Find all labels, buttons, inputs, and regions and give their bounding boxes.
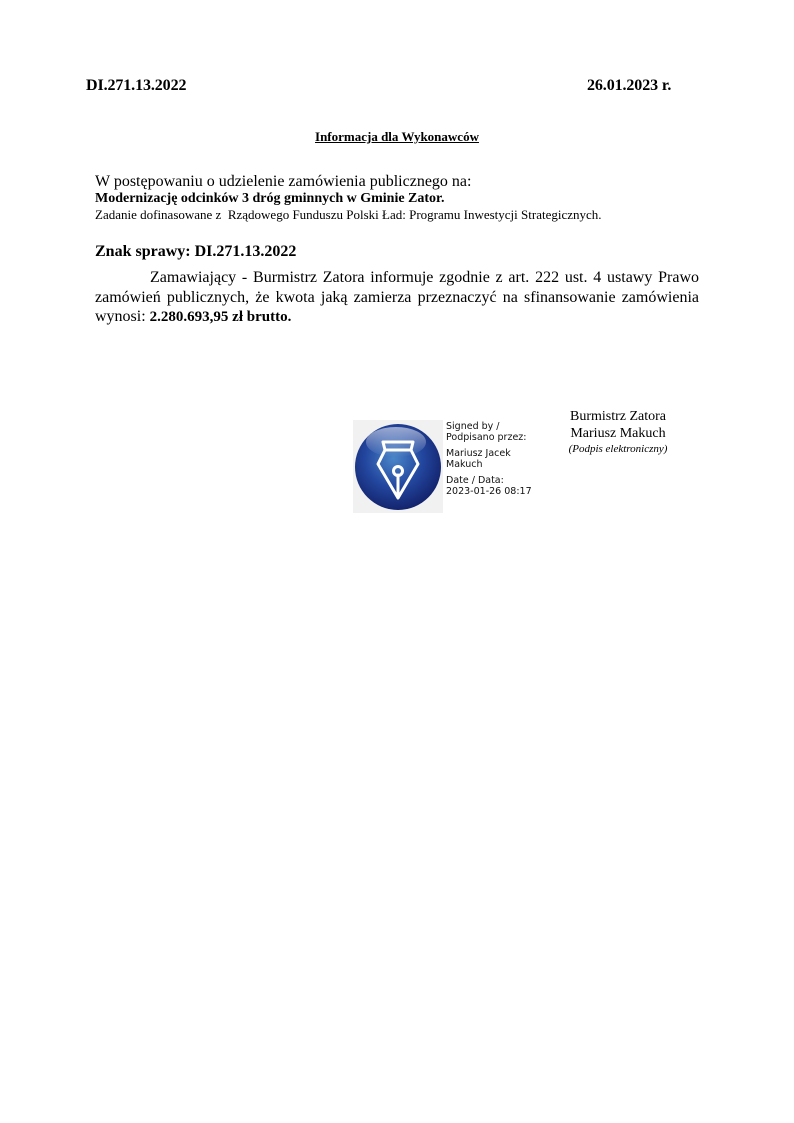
signature-details: Signed by / Podpisano przez: Mariusz Jac… — [446, 422, 532, 497]
intro-line: W postępowaniu o udzielenie zamówienia p… — [95, 173, 715, 191]
reference-number: DI.271.13.2022 — [86, 77, 186, 95]
body-paragraph: Zamawiający - Burmistrz Zatora informuje… — [95, 268, 699, 328]
electronic-signature-note: (Podpis elektroniczny) — [556, 442, 680, 456]
document-title: Informacja dla Wykonawców — [0, 129, 794, 145]
funding-note: Zadanie dofinasowane z Rządowego Fundusz… — [95, 207, 715, 223]
signer-surname: Makuch — [446, 460, 532, 471]
signature-timestamp: 2023-01-26 08:17 — [446, 487, 532, 498]
document-date: 26.01.2023 r. — [587, 77, 671, 95]
case-sign: Znak sprawy: DI.271.13.2022 — [95, 243, 296, 261]
contract-subject: Modernizację odcinków 3 dróg gminnych w … — [95, 191, 715, 207]
case-sign-label: Znak sprawy: — [95, 243, 195, 260]
intro-section: W postępowaniu o udzielenie zamówienia p… — [95, 173, 715, 223]
signature-stamp — [353, 420, 443, 513]
fountain-pen-nib-icon — [353, 420, 443, 513]
case-sign-value: DI.271.13.2022 — [195, 243, 297, 260]
signer-role: Burmistrz Zatora — [556, 408, 680, 425]
signer-name: Mariusz Makuch — [556, 425, 680, 442]
signer-full-name: Mariusz Jacek — [446, 449, 532, 460]
signed-by-label-pl: Podpisano przez: — [446, 433, 532, 444]
budget-amount: 2.280.693,95 zł brutto. — [150, 309, 292, 325]
signed-by-label: Signed by / — [446, 422, 532, 433]
signer-block: Burmistrz Zatora Mariusz Makuch (Podpis … — [556, 408, 680, 456]
document-page: DI.271.13.2022 26.01.2023 r. Informacja … — [0, 0, 794, 1123]
date-label: Date / Data: — [446, 476, 532, 487]
